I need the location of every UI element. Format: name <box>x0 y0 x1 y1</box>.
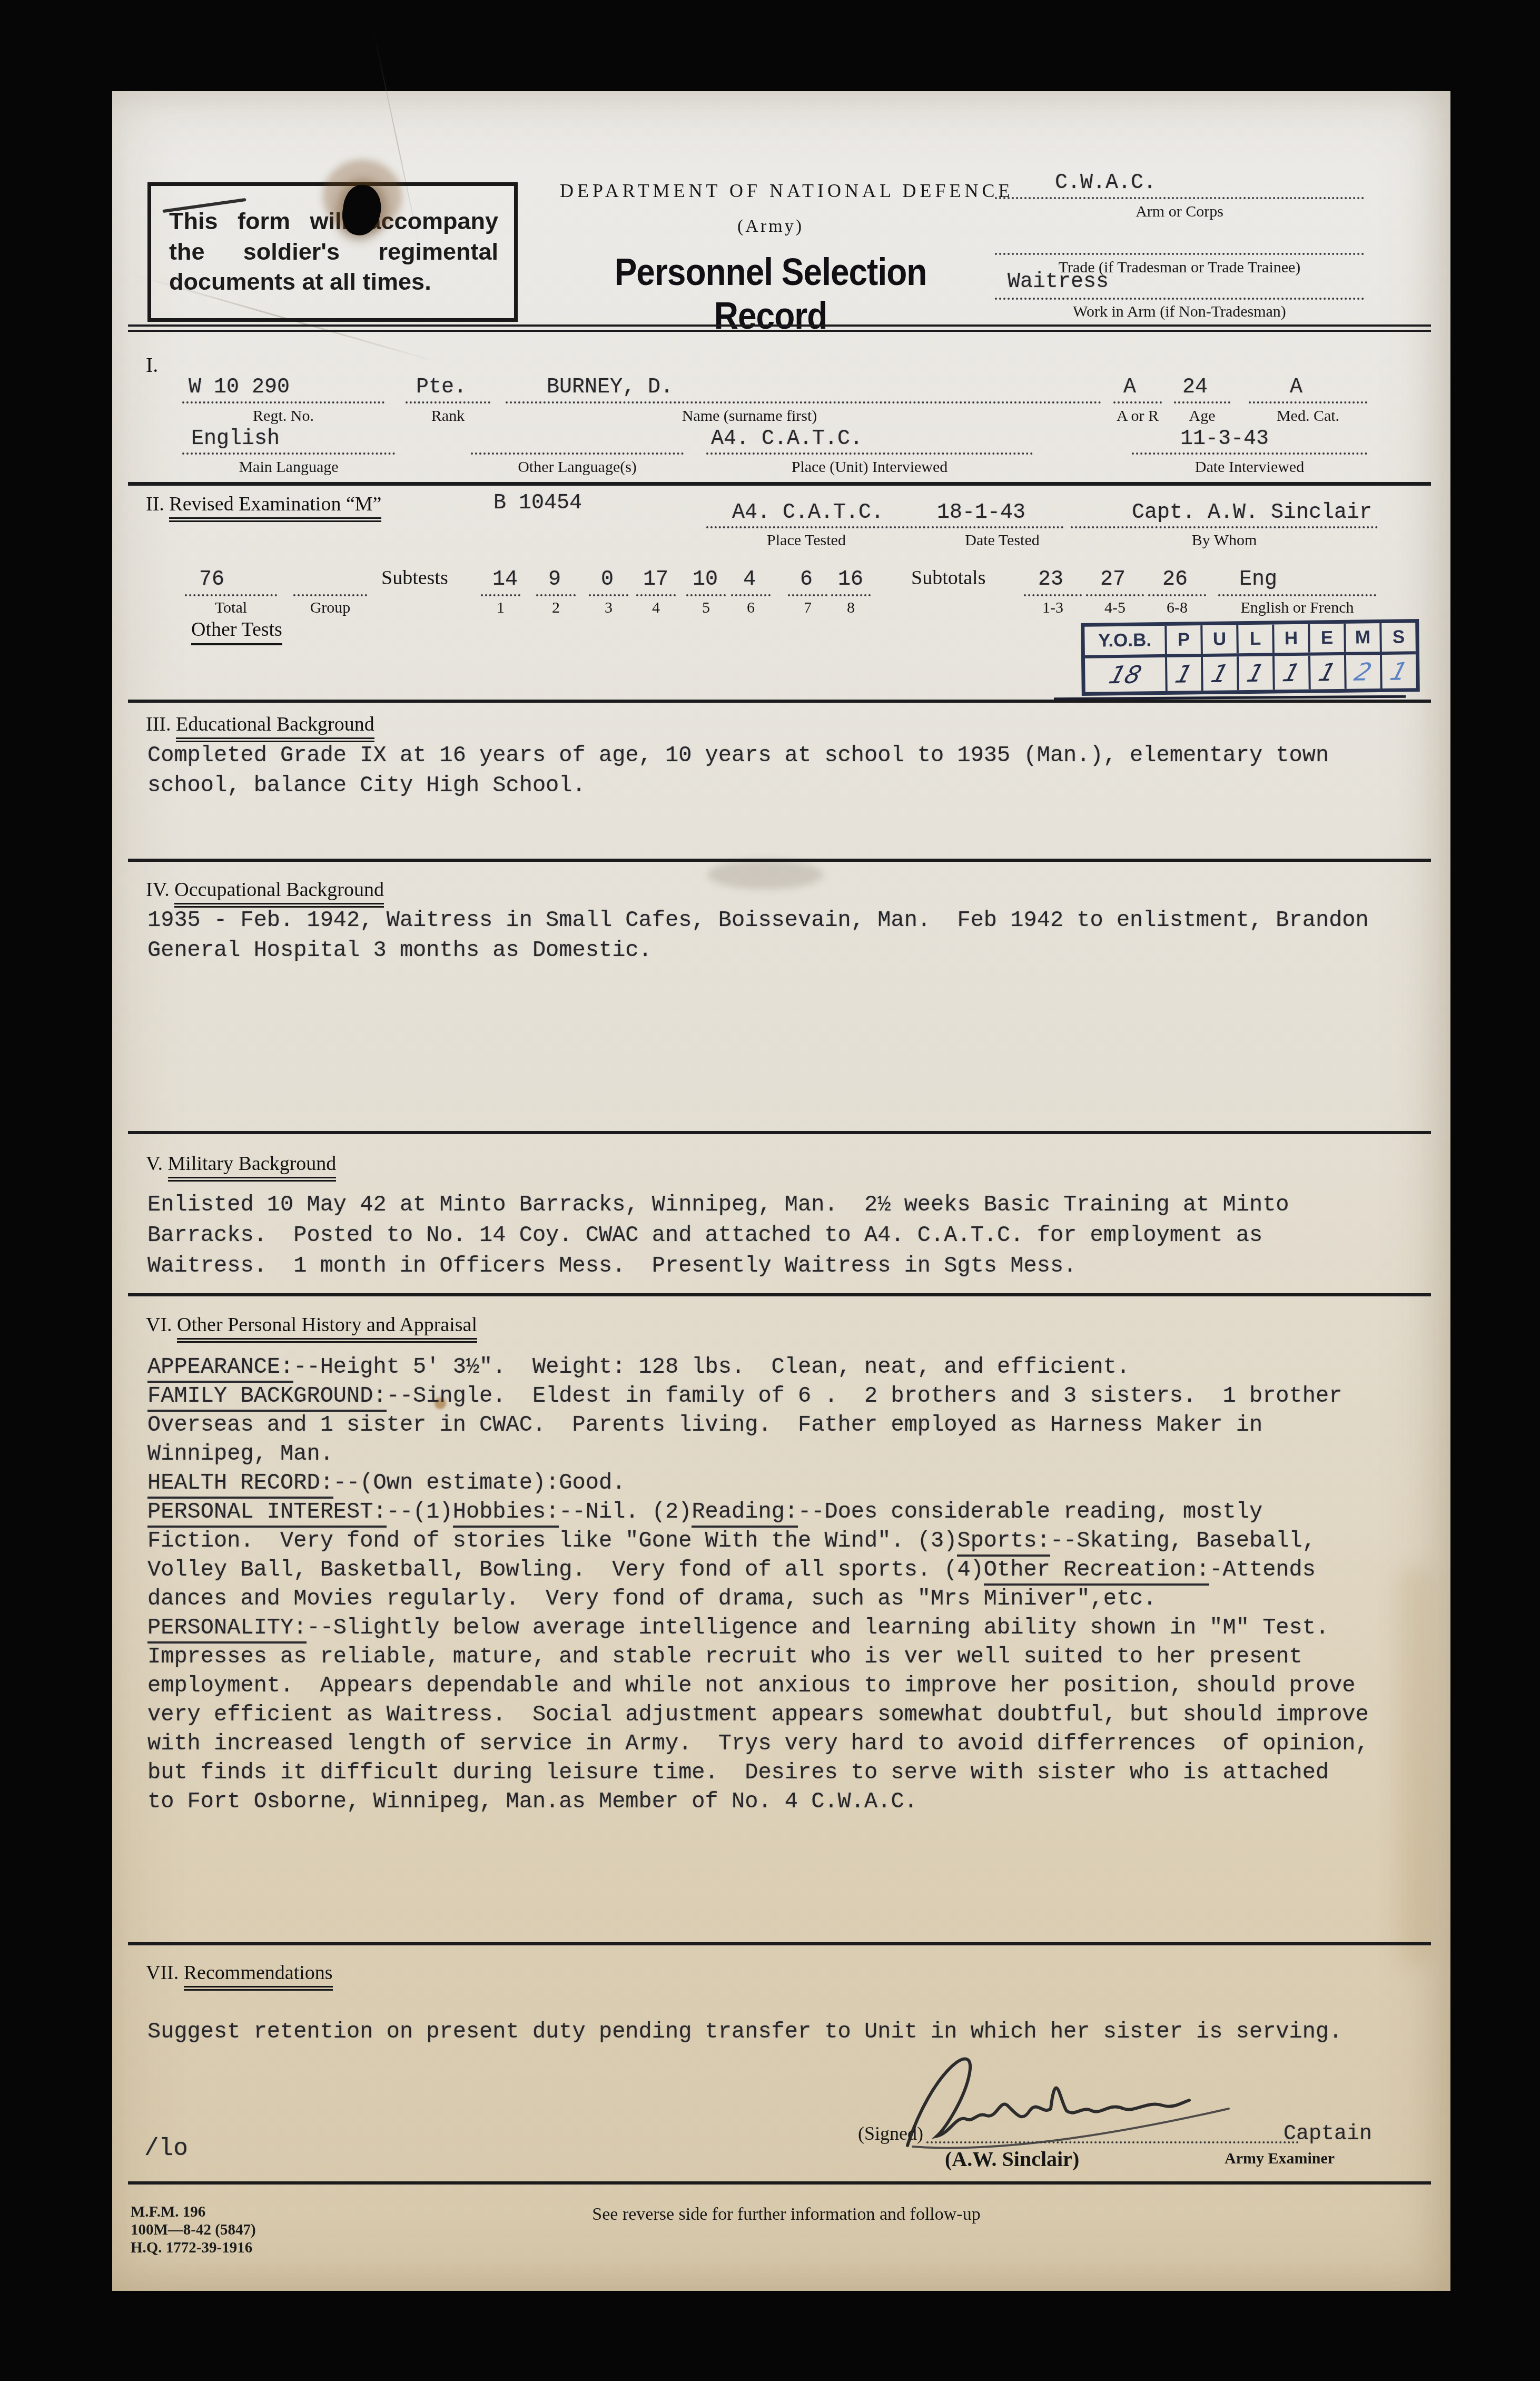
subtest-label: 8 <box>831 599 871 617</box>
header-rule <box>128 324 1431 327</box>
pulhems-header-cell: S <box>1379 623 1416 652</box>
section2-heading: II. Revised Examination “M” <box>146 493 381 516</box>
work-in-arm-value: Waitress <box>1008 270 1109 294</box>
paper-stain <box>1397 1566 1434 1966</box>
by-whom-label: By Whom <box>1071 532 1378 549</box>
age-value: 24 <box>1182 376 1208 399</box>
text-line: 1935 - Feb. 1942, Waitress in Small Cafe… <box>147 908 1369 938</box>
pulhems-values-row: 18 1 1 1 1 1 2 1 <box>1085 654 1416 692</box>
total-value: 76 <box>199 568 224 592</box>
group-line <box>293 594 367 596</box>
section-rule <box>128 1942 1431 1945</box>
main-language-line <box>182 452 395 455</box>
subtest-value: 6 <box>800 568 813 592</box>
army-subtitle: (Army) <box>560 217 981 237</box>
pulhems-header-cell: M <box>1344 623 1380 652</box>
date-interviewed-value: 11-3-43 <box>1180 427 1269 451</box>
subtest-value: 0 <box>601 568 614 592</box>
form-number: M.F.M. 196 <box>131 2203 205 2221</box>
subtest-line <box>636 594 676 596</box>
subtotal-label: 4-5 <box>1086 599 1144 617</box>
subtests-label: Subtests <box>381 566 448 589</box>
subtest-line <box>589 594 628 596</box>
date-tested-label: Date Tested <box>936 532 1068 549</box>
section2-numeral: II. <box>146 493 164 515</box>
subtest-value: 14 <box>492 568 518 592</box>
pulhems-value-cell: 18 <box>1085 657 1166 692</box>
section1-numeral: I. <box>146 352 158 377</box>
text-line: dances and Movies regularly. Very fond o… <box>147 1586 1369 1615</box>
section2-heading-text: Revised Examination “M” <box>169 493 381 522</box>
section3-text: Completed Grade IX at 16 years of age, 1… <box>147 743 1329 803</box>
section-rule <box>128 700 1431 703</box>
total-label: Total <box>185 599 277 617</box>
subtest-label: 3 <box>589 599 628 617</box>
text-line: HEALTH RECORD:--(Own estimate):Good. <box>147 1470 1369 1499</box>
regt-no-label: Regt. No. <box>182 407 384 425</box>
rank-value: Pte. <box>416 376 467 399</box>
scanned-document-page: { "colors":{ "background":"#060606", "pa… <box>0 0 1540 2381</box>
subtest-label: 7 <box>788 599 827 617</box>
text-line: Winnipeg, Man. <box>147 1441 1369 1470</box>
text-line: FAMILY BACKGROUND:--Single. Eldest in fa… <box>147 1383 1369 1412</box>
pulhems-value-cell: 1 <box>1380 654 1416 688</box>
subtest-line <box>481 594 520 596</box>
date-interviewed-label: Date Interviewed <box>1132 458 1367 476</box>
med-cat-value: A <box>1290 376 1302 399</box>
rank-label: Rank <box>406 407 490 425</box>
trade-line <box>995 253 1364 255</box>
exam-language-value: Eng <box>1239 568 1277 592</box>
rank-line <box>406 401 490 404</box>
pulhems-value-cell: 1 <box>1237 656 1273 690</box>
subtest-line <box>536 594 576 596</box>
section6-heading: VI. Other Personal History and Appraisal <box>146 1313 477 1336</box>
subtest-line <box>731 594 771 596</box>
pulhems-header-cell: L <box>1236 624 1272 653</box>
subtotal-label: 6-8 <box>1148 599 1206 617</box>
text-line: to Fort Osborne, Winnipeg, Man.as Member… <box>147 1789 1369 1818</box>
text-line: Enlisted 10 May 42 at Minto Barracks, Wi… <box>147 1192 1289 1223</box>
section5-heading: V. Military Background <box>146 1152 336 1175</box>
text-line: General Hospital 3 months as Domestic. <box>147 938 1369 968</box>
work-in-arm-label: Work in Arm (if Non-Tradesman) <box>995 303 1364 321</box>
main-language-label: Main Language <box>182 458 395 476</box>
med-cat-label: Med. Cat. <box>1249 407 1367 425</box>
department-title: DEPARTMENT OF NATIONAL DEFENCE <box>560 180 981 202</box>
exam-language-line <box>1218 594 1376 596</box>
a-or-r-value: A <box>1123 376 1136 399</box>
name-line <box>506 401 1101 404</box>
name-value: BURNEY, D. <box>547 376 673 399</box>
pulhems-header-row: Y.O.B. P U L H E M S <box>1084 623 1416 658</box>
date-tested-line <box>932 526 1063 528</box>
clerk-initials: /lo <box>144 2135 188 2162</box>
a-or-r-line <box>1113 401 1162 404</box>
army-examiner-label: Army Examiner <box>1225 2150 1335 2168</box>
subtotals-label: Subtotals <box>911 566 985 589</box>
signature-typed-name: (A.W. Sinclair) <box>945 2147 1079 2171</box>
group-label: Group <box>293 599 367 617</box>
signature-rank: Captain <box>1284 2122 1372 2146</box>
section4-text: 1935 - Feb. 1942, Waitress in Small Cafe… <box>147 908 1369 968</box>
arm-or-corps-value: C.W.A.C. <box>1055 171 1156 195</box>
date-interviewed-line <box>1132 452 1367 455</box>
subtest-label: 1 <box>481 599 520 617</box>
subtotal-value: 27 <box>1100 568 1126 592</box>
subtest-label: 4 <box>636 599 676 617</box>
text-line: with increased length of service in Army… <box>147 1731 1369 1760</box>
section-rule <box>128 1293 1431 1296</box>
section7-heading: VII. Recommendations <box>146 1961 333 1984</box>
subtest-line <box>831 594 871 596</box>
other-language-line <box>471 452 684 455</box>
subtotal-label: 1-3 <box>1024 599 1082 617</box>
subtotal-line <box>1024 594 1082 596</box>
pulhems-value-cell: 1 <box>1308 655 1345 690</box>
place-interviewed-value: A4. C.A.T.C. <box>711 427 863 451</box>
arm-or-corps-label: Arm or Corps <box>995 203 1364 221</box>
place-tested-label: Place Tested <box>695 532 918 549</box>
date-tested-value: 18-1-43 <box>937 501 1025 525</box>
exam-language-label: English or French <box>1218 599 1376 617</box>
other-tests-heading: Other Tests <box>191 618 282 641</box>
pulhems-header-cell: Y.O.B. <box>1084 626 1165 655</box>
other-language-label: Other Language(s) <box>471 458 684 476</box>
text-line: but finds it difficult during leisure ti… <box>147 1760 1369 1789</box>
pulhems-header-cell: E <box>1308 624 1344 653</box>
regt-no-value: W 10 290 <box>189 376 290 399</box>
subtest-value: 4 <box>743 568 756 592</box>
text-line: Barracks. Posted to No. 14 Coy. CWAC and… <box>147 1223 1289 1253</box>
text-line: PERSONAL INTEREST:--(1)Hobbies:--Nil. (2… <box>147 1499 1369 1528</box>
text-line: Overseas and 1 sister in CWAC. Parents l… <box>147 1412 1369 1441</box>
subtest-label: 5 <box>686 599 726 617</box>
subtest-line <box>788 594 827 596</box>
subtest-label: 6 <box>731 599 771 617</box>
paper-smudge <box>707 860 823 889</box>
place-tested-value: A4. C.A.T.C. <box>732 501 884 525</box>
a-or-r-label: A or R <box>1103 407 1172 425</box>
subtest-value: 16 <box>838 568 863 592</box>
section5-text: Enlisted 10 May 42 at Minto Barracks, Wi… <box>147 1192 1289 1284</box>
age-label: Age <box>1174 407 1230 425</box>
pulhems-header-cell: H <box>1272 624 1308 653</box>
by-whom-value: Capt. A.W. Sinclair <box>1132 501 1372 525</box>
pulhems-header-cell: P <box>1164 625 1201 654</box>
subtest-value: 10 <box>693 568 718 592</box>
text-line: APPEARANCE:--Height 5' 3½". Weight: 128 … <box>147 1354 1369 1383</box>
text-line: Fiction. Very fond of stories like "Gone… <box>147 1528 1369 1557</box>
header-rule <box>128 330 1431 332</box>
place-interviewed-line <box>706 452 1033 455</box>
subtest-value: 17 <box>643 568 668 592</box>
subtotal-value: 23 <box>1038 568 1063 592</box>
main-language-value: English <box>191 427 280 451</box>
reverse-side-note: See reverse side for further information… <box>497 2205 1076 2225</box>
text-line: employment. Appears dependable and while… <box>147 1673 1369 1702</box>
total-line <box>185 594 277 596</box>
subtotal-line <box>1148 594 1206 596</box>
text-line: very efficient as Waitress. Social adjus… <box>147 1702 1369 1731</box>
subtotal-line <box>1086 594 1144 596</box>
regt-no-line <box>182 401 384 404</box>
footer-rule <box>128 2181 1431 2185</box>
pulhems-stamp: Y.O.B. P U L H E M S 18 1 1 1 1 1 2 1 <box>1081 619 1420 696</box>
section4-heading: IV. Occupational Background <box>146 878 384 901</box>
subtotal-value: 26 <box>1162 568 1188 592</box>
place-interviewed-label: Place (Unit) Interviewed <box>706 458 1033 476</box>
med-cat-line <box>1249 401 1367 404</box>
section-rule <box>128 859 1431 862</box>
work-in-arm-line <box>995 298 1364 300</box>
hq-code: H.Q. 1772-39-1916 <box>131 2239 252 2257</box>
section-rule <box>128 1131 1431 1134</box>
paper-sheet: This form will accompany the soldier's r… <box>112 91 1450 2291</box>
arm-or-corps-line <box>995 197 1364 199</box>
text-line: school, balance City High School. <box>147 773 1329 803</box>
print-code: 100M—8-42 (5847) <box>131 2221 256 2239</box>
section-rule <box>128 482 1431 486</box>
section6-text: APPEARANCE:--Height 5' 3½". Weight: 128 … <box>147 1354 1369 1818</box>
subtest-value: 9 <box>548 568 561 592</box>
exam-serial: B 10454 <box>493 491 582 515</box>
pulhems-value-cell: 1 <box>1272 656 1309 690</box>
text-line: Volley Ball, Basketball, Bowling. Very f… <box>147 1557 1369 1586</box>
text-line: Waitress. 1 month in Officers Mess. Pres… <box>147 1253 1289 1284</box>
age-line <box>1174 401 1230 404</box>
pulhems-value-cell: 1 <box>1165 657 1201 691</box>
section3-heading: III. Educational Background <box>146 713 374 736</box>
name-label: Name (surname first) <box>618 407 881 425</box>
pulhems-value-cell: 1 <box>1201 656 1237 691</box>
text-line: Impresses as reliable, mature, and stabl… <box>147 1644 1369 1673</box>
text-line: Completed Grade IX at 16 years of age, 1… <box>147 743 1329 773</box>
subtest-label: 2 <box>536 599 576 617</box>
place-tested-line <box>706 526 930 528</box>
signature-line <box>926 2141 1299 2143</box>
by-whom-line <box>1071 526 1378 528</box>
pulhems-header-cell: U <box>1200 625 1237 654</box>
text-line: PERSONALITY:--Slightly below average int… <box>147 1615 1369 1644</box>
pulhems-value-cell: 2 <box>1344 655 1380 689</box>
subtest-line <box>686 594 726 596</box>
